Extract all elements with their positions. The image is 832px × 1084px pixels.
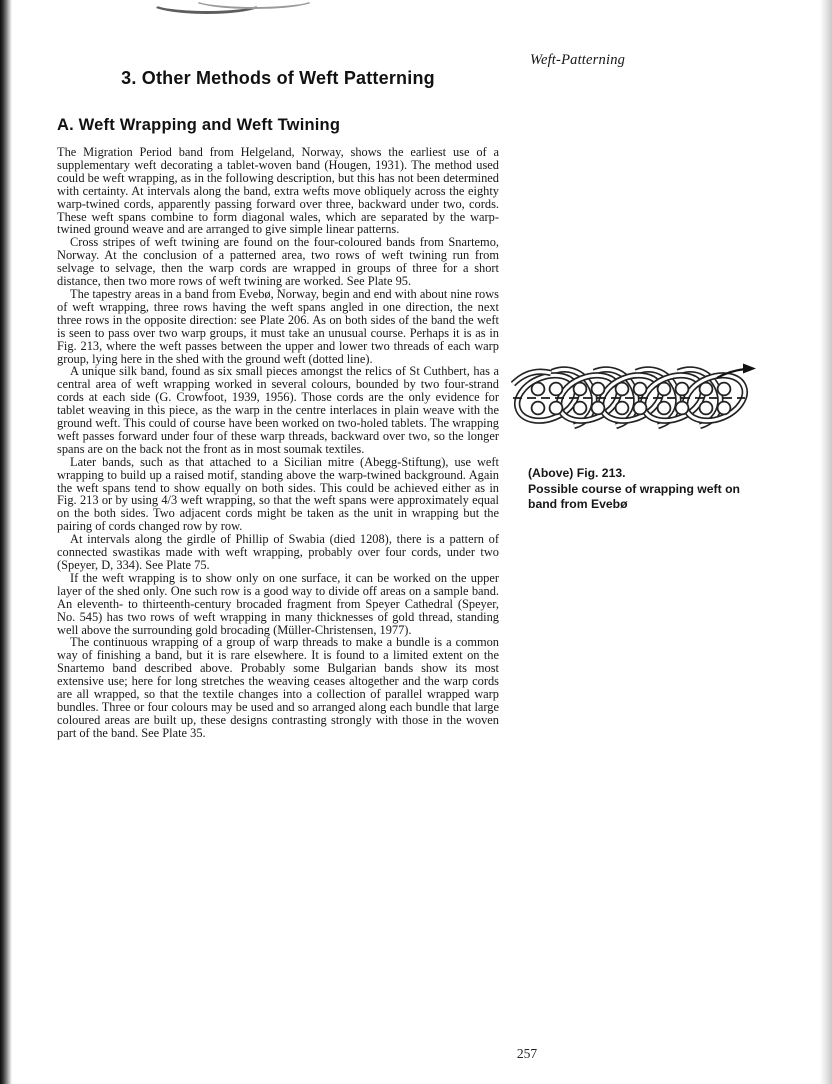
chapter-heading: 3. Other Methods of Weft Patterning: [57, 68, 499, 89]
body-paragraph: The Migration Period band from Helgeland…: [57, 146, 499, 236]
page-number: 257: [497, 1046, 557, 1062]
section-heading: A. Weft Wrapping and Weft Twining: [57, 116, 499, 135]
body-paragraph: Later bands, such as that attached to a …: [57, 456, 499, 533]
body-paragraph: The tapestry areas in a band from Evebø,…: [57, 288, 499, 365]
page-edge-shadow: [820, 0, 832, 1084]
body-paragraph: If the weft wrapping is to show only on …: [57, 572, 499, 637]
figure-caption-line: Possible course of wrapping weft on: [528, 482, 768, 498]
body-text-column: The Migration Period band from Helgeland…: [57, 146, 499, 740]
gutter-shadow: [0, 0, 12, 1084]
weft-wrapping-diagram: [511, 352, 757, 464]
body-paragraph: A unique silk band, found as six small p…: [57, 365, 499, 455]
figure-213: [511, 352, 757, 464]
figure-caption: (Above) Fig. 213. Possible course of wra…: [528, 466, 768, 513]
body-paragraph: Cross stripes of weft twining are found …: [57, 236, 499, 288]
body-paragraph: At intervals along the girdle of Phillip…: [57, 533, 499, 572]
figure-caption-line: (Above) Fig. 213.: [528, 466, 768, 482]
running-head: Weft-Patterning: [530, 52, 770, 69]
body-paragraph: The continuous wrapping of a group of wa…: [57, 636, 499, 739]
figure-caption-line: band from Evebø: [528, 497, 768, 513]
book-page-scan: Weft-Patterning 3. Other Methods of Weft…: [0, 0, 832, 1084]
